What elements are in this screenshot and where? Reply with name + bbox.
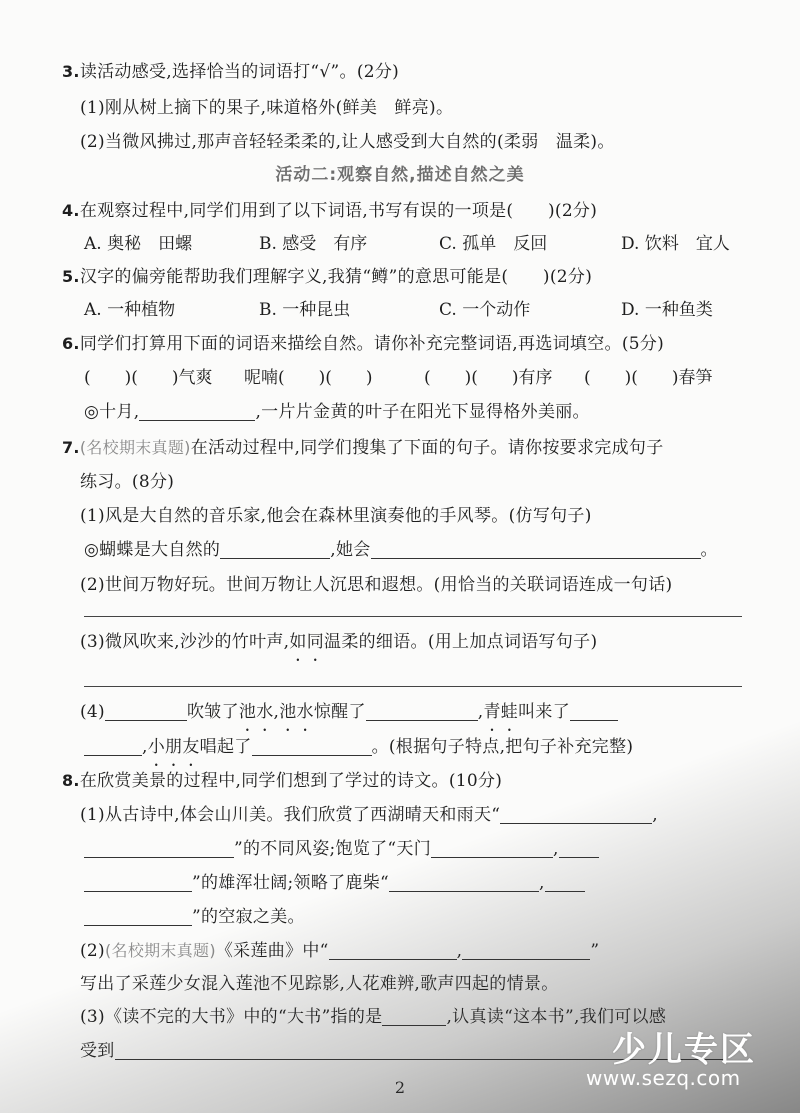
dotted-char: 同 xyxy=(307,632,324,652)
item-text: , xyxy=(652,805,658,825)
option-d[interactable]: D. 饮料 宜人 xyxy=(621,232,730,256)
fill-end: 。 xyxy=(701,540,718,560)
question-number: 4. xyxy=(62,201,80,220)
word-blank-3[interactable]: ( )( )有序 xyxy=(424,366,553,390)
question-8-item-2-cont: 写出了采莲少女混入莲池不见踪影,人花难辨,歌声四起的情景。 xyxy=(80,972,559,996)
fill-prefix: ◎蝴蝶是大自然的 xyxy=(84,540,220,560)
option-a[interactable]: A. 奥秘 田螺 xyxy=(84,232,192,256)
watermark-logo: 少儿专区 xyxy=(612,1022,756,1071)
question-7-item-3: (3)微风吹来,沙沙的竹叶声,如同温柔的细语。(用上加点词语写句子) xyxy=(80,630,597,654)
question-8-item-1-line4: ”的空寂之美。 xyxy=(84,905,305,929)
option-b[interactable]: B. 一种昆虫 xyxy=(259,298,350,322)
item-text: (3)微风吹来,沙沙的竹叶声, xyxy=(80,632,289,652)
dotted-char: 池 xyxy=(279,702,296,722)
item-text: 受到 xyxy=(80,1041,115,1061)
fill-blank-1[interactable] xyxy=(500,805,652,824)
fill-blank-3-cont[interactable] xyxy=(84,737,142,756)
option-a[interactable]: A. 一种植物 xyxy=(84,298,175,322)
question-8-item-1-line2: ”的不同风姿;饱览了“天门, xyxy=(84,837,599,861)
fill-blank-4[interactable] xyxy=(559,839,599,858)
dotted-char: 朋 xyxy=(165,737,182,757)
question-number: 7. xyxy=(62,438,80,457)
item-text: 惊醒了 xyxy=(314,702,366,722)
question-8-item-3: (3)《读不完的大书》中的“大书”指的是,认真读“这本书”,我们可以感 xyxy=(80,1005,666,1029)
fill-blank-6-cont[interactable] xyxy=(84,907,192,926)
question-6: 6.同学们打算用下面的词语来描绘自然。请你补充完整词语,再选词填空。(5分) xyxy=(62,332,664,356)
fill-blank-2[interactable] xyxy=(366,702,478,721)
question-8-item-2: (2)(名校期末真题)《采莲曲》中“,” xyxy=(80,939,599,963)
dotted-char: 友 xyxy=(182,737,199,757)
fill-blank-3[interactable] xyxy=(431,839,553,858)
fill-suffix: ,一片片金黄的叶子在阳光下显得格外美丽。 xyxy=(255,402,589,422)
question-4: 4.在观察过程中,同学们用到了以下词语,书写有误的一项是( )(2分) xyxy=(62,199,597,223)
dotted-char: 蛙 xyxy=(501,702,518,722)
question-7-text-cont: 练习。(8分) xyxy=(80,470,174,494)
item-text: 。(根据句子特点,把句子补充完整) xyxy=(372,737,634,757)
question-8-item-1: (1)从古诗中,体会山川美。我们欣赏了西湖晴天和雨天“, xyxy=(80,803,658,827)
item-text: ” xyxy=(590,941,599,961)
fill-blank-5[interactable] xyxy=(389,873,539,892)
item-label: (4) xyxy=(80,702,105,722)
worksheet-page: 3.读活动感受,选择恰当的词语打“√”。(2分) (1)刚从树上摘下的果子,味道… xyxy=(0,0,800,1113)
question-number: 8. xyxy=(62,771,80,790)
question-8-item-1-line3: ”的雄浑壮阔;领略了鹿柴“, xyxy=(84,871,585,895)
word-blank-2[interactable]: 呢喃( )( ) xyxy=(244,366,373,390)
question-7-item-1: (1)风是大自然的音乐家,他会在森林里演奏他的手风琴。(仿写句子) xyxy=(80,504,592,528)
question-7-item-2: (2)世间万物好玩。世间万物让人沉思和遐想。(用恰当的关联词语连成一句话) xyxy=(80,573,672,597)
answer-line[interactable] xyxy=(84,686,742,687)
question-7: 7.(名校期末真题)在活动过程中,同学们搜集了下面的句子。请你按要求完成句子 xyxy=(62,436,664,460)
question-3-item-2: (2)当微风拂过,那声音轻轻柔柔的,让人感受到大自然的(柔弱 温柔)。 xyxy=(80,130,615,154)
answer-line[interactable] xyxy=(84,616,742,617)
word-blank-1[interactable]: ( )( )气爽 xyxy=(84,366,213,390)
watermark-url: www.sezq.com xyxy=(586,1066,741,1090)
dotted-char: 小 xyxy=(148,737,165,757)
fill-blank-4[interactable] xyxy=(252,737,372,756)
fill-blank-1[interactable] xyxy=(220,540,330,559)
question-text: 在活动过程中,同学们搜集了下面的句子。请你按要求完成句子 xyxy=(191,438,664,458)
option-d[interactable]: D. 一种鱼类 xyxy=(621,298,713,322)
question-number: 3. xyxy=(62,62,80,81)
fill-blank[interactable] xyxy=(139,402,255,421)
question-7-item-4: (4)吹皱了池水,池水惊醒了,青蛙叫来了 xyxy=(80,700,618,724)
question-text: 在观察过程中,同学们用到了以下词语,书写有误的一项是( )(2分) xyxy=(80,201,597,221)
question-text: 读活动感受,选择恰当的词语打“√”。(2分) xyxy=(80,62,399,82)
item-text: ”的不同风姿;饱览了“天门 xyxy=(234,839,431,859)
question-7-item-4-cont: ,小朋友唱起了。(根据句子特点,把句子补充完整) xyxy=(84,735,633,759)
item-text: , xyxy=(142,737,148,757)
fill-blank-2[interactable] xyxy=(371,540,701,559)
item-text: ”的雄浑壮阔;领略了鹿柴“ xyxy=(192,873,389,893)
question-number: 6. xyxy=(62,334,80,353)
dotted-char: 青 xyxy=(483,702,500,722)
item-text: 唱起了 xyxy=(200,737,252,757)
fill-prefix: ◎十月, xyxy=(84,402,139,422)
question-3-item-1: (1)刚从树上摘下的果子,味道格外(鲜美 鲜亮)。 xyxy=(80,96,453,120)
fill-blank-3[interactable] xyxy=(570,702,618,721)
question-6-fill: ◎十月,,一片片金黄的叶子在阳光下显得格外美丽。 xyxy=(84,400,590,424)
question-number: 5. xyxy=(62,267,80,286)
section-title: 活动二:观察自然,描述自然之美 xyxy=(0,160,800,185)
item-text: (1)从古诗中,体会山川美。我们欣赏了西湖晴天和雨天“ xyxy=(80,805,500,825)
source-tag: (名校期末真题) xyxy=(80,438,191,457)
dotted-char: 水 xyxy=(297,702,314,722)
option-c[interactable]: C. 孤单 反回 xyxy=(439,232,547,256)
option-c[interactable]: C. 一个动作 xyxy=(439,298,530,322)
question-7-item-1-fill: ◎蝴蝶是大自然的,她会。 xyxy=(84,538,718,562)
item-label: (2) xyxy=(80,941,105,961)
option-b[interactable]: B. 感受 有序 xyxy=(259,232,367,256)
item-text: 温柔的细语。(用上加点词语写句子) xyxy=(324,632,597,652)
item-text: 吹皱了 xyxy=(187,702,239,722)
dotted-char: 如 xyxy=(289,632,306,652)
fill-blank-2[interactable] xyxy=(84,839,234,858)
dotted-char: 池 xyxy=(239,702,256,722)
question-3: 3.读活动感受,选择恰当的词语打“√”。(2分) xyxy=(62,60,399,84)
fill-blank-1[interactable] xyxy=(329,941,457,960)
fill-middle: ,她会 xyxy=(330,540,370,560)
dotted-char: 水 xyxy=(256,702,273,722)
fill-blank-2[interactable] xyxy=(462,941,590,960)
source-tag: (名校期末真题) xyxy=(105,941,216,960)
item-text: ”的空寂之美。 xyxy=(192,907,305,927)
question-text: 同学们打算用下面的词语来描绘自然。请你补充完整词语,再选词填空。(5分) xyxy=(80,334,664,354)
fill-blank-1[interactable] xyxy=(105,702,187,721)
question-text: 在欣赏美景的过程中,同学们想到了学过的诗文。(10分) xyxy=(80,771,502,791)
fill-blank-6[interactable] xyxy=(545,873,585,892)
question-5: 5.汉字的偏旁能帮助我们理解字义,我猜“鳟”的意思可能是( )(2分) xyxy=(62,265,592,289)
fill-blank-4-cont[interactable] xyxy=(84,873,192,892)
question-text: 汉字的偏旁能帮助我们理解字义,我猜“鳟”的意思可能是( )(2分) xyxy=(80,267,592,287)
word-blank-4[interactable]: ( )( )春笋 xyxy=(584,366,713,390)
item-text: 《采莲曲》中“ xyxy=(216,941,329,961)
item-text: 叫来了 xyxy=(518,702,570,722)
fill-blank-1[interactable] xyxy=(382,1007,446,1026)
item-text: (3)《读不完的大书》中的“大书”指的是 xyxy=(80,1007,382,1027)
question-8: 8.在欣赏美景的过程中,同学们想到了学过的诗文。(10分) xyxy=(62,769,502,793)
